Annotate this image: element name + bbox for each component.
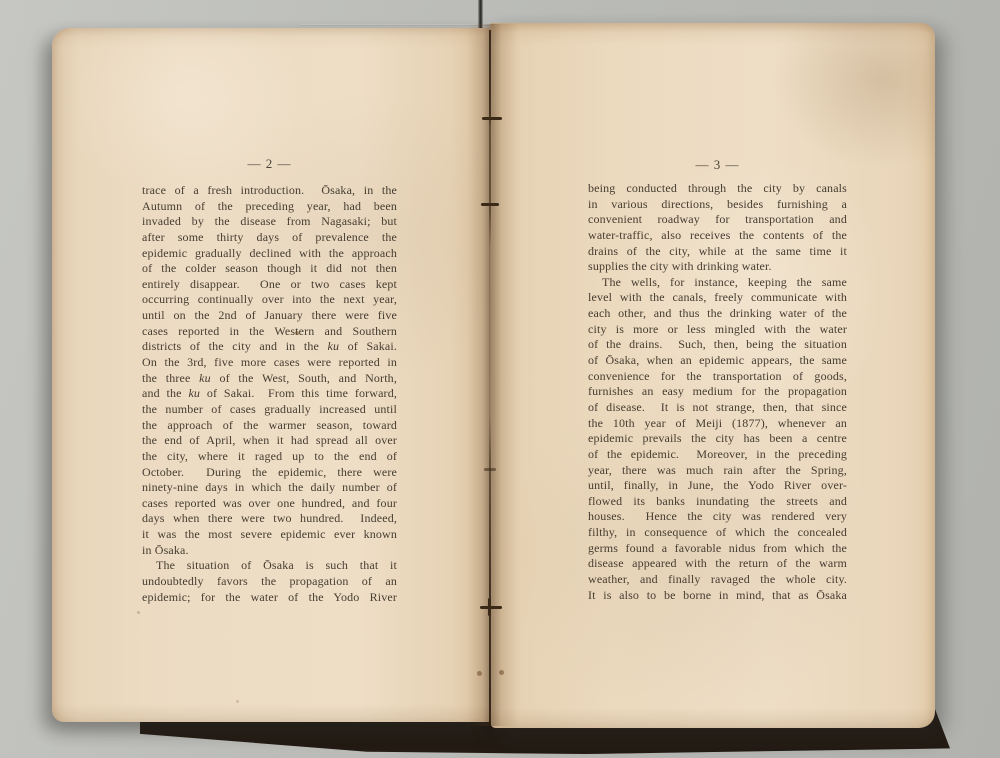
text-line: year, there was much rain after the Spri… xyxy=(588,463,847,479)
text-line: The situation of Ōsaka is such that it xyxy=(142,558,397,574)
page-number-left: — 2 — xyxy=(142,156,397,172)
text-line: city is more or less mingled with the wa… xyxy=(588,322,847,338)
page-text-right: being conducted through the city by cana… xyxy=(588,181,847,603)
text-line: convenient roadway for transportation an… xyxy=(588,212,847,228)
text-line: in Ōsaka. xyxy=(142,543,397,559)
page-text-left: trace of a fresh introduction. Ōsaka, in… xyxy=(142,183,397,605)
text-line: flowed its banks inundating the streets … xyxy=(588,494,847,510)
text-line: districts of the city and in the ku of S… xyxy=(142,339,397,355)
text-line: convenience for the transportation of go… xyxy=(588,369,847,385)
text-line: after some thirty days of prevalence the xyxy=(142,230,397,246)
text-line: It is also to be borne in mind, that as … xyxy=(588,588,847,604)
text-line: trace of a fresh introduction. Ōsaka, in… xyxy=(142,183,397,199)
text-line: Autumn of the preceding year, had been xyxy=(142,199,397,215)
text-line: it was the most severe epidemic ever kno… xyxy=(142,527,397,543)
text-line: supplies the city with drinking water. xyxy=(588,259,847,275)
text-line: October. During the epidemic, there were xyxy=(142,465,397,481)
text-line: entirely disappear. One or two cases kep… xyxy=(142,277,397,293)
text-line: cases reported in the Western and Southe… xyxy=(142,324,397,340)
text-line: the 10th year of Meiji (1877), whenever … xyxy=(588,416,847,432)
text-line: germs found a favorable nidus from which… xyxy=(588,541,847,557)
text-line: level with the canals, freely communicat… xyxy=(588,290,847,306)
text-line: disease appeared with the return of the … xyxy=(588,556,847,572)
text-line: occurring continually over into the next… xyxy=(142,292,397,308)
text-line: undoubtedly favors the propagation of an xyxy=(142,574,397,590)
text-line: the number of cases gradually increased … xyxy=(142,402,397,418)
text-line: of Ōsaka, when an epidemic appears, the … xyxy=(588,353,847,369)
text-line: the city, where it raged up to the end o… xyxy=(142,449,397,465)
text-line: being conducted through the city by cana… xyxy=(588,181,847,197)
text-line: of the epidemic. Moreover, in the preced… xyxy=(588,447,847,463)
text-line: invaded by the disease from Nagasaki; bu… xyxy=(142,214,397,230)
text-line: until on the 2nd of January there were f… xyxy=(142,308,397,324)
text-line: of the drains. Such, then, being the sit… xyxy=(588,337,847,353)
text-line: of disease. It is not strange, then, tha… xyxy=(588,400,847,416)
photo-scene: — 2 — trace of a fresh introduction. Ōsa… xyxy=(0,0,1000,758)
text-line: epidemic gradually declined with the app… xyxy=(142,246,397,262)
text-line: epidemic prevails the city has been a ce… xyxy=(588,431,847,447)
text-line: each other, and thus the drinking water … xyxy=(588,306,847,322)
text-line: the three ku of the West, South, and Nor… xyxy=(142,371,397,387)
text-line: The wells, for instance, keeping the sam… xyxy=(588,275,847,291)
text-line: epidemic; for the water of the Yodo Rive… xyxy=(142,590,397,606)
text-line: in various directions, besides furnishin… xyxy=(588,197,847,213)
book-page-left: — 2 — trace of a fresh introduction. Ōsa… xyxy=(52,28,490,722)
text-line: weather, and finally ravaged the whole c… xyxy=(588,572,847,588)
text-line: On the 3rd, five more cases were reporte… xyxy=(142,355,397,371)
text-line: water-traffic, also receives the content… xyxy=(588,228,847,244)
book-page-right: — 3 — being conducted through the city b… xyxy=(490,23,935,728)
text-line: houses. Hence the city was rendered very xyxy=(588,509,847,525)
text-line: the end of April, when it had spread all… xyxy=(142,433,397,449)
text-line: filthy, in consequence of which the conc… xyxy=(588,525,847,541)
text-line: the approach of the warmer season, towar… xyxy=(142,418,397,434)
text-line: and the ku of Sakai. From this time forw… xyxy=(142,386,397,402)
text-line: cases reported was over one hundred, and… xyxy=(142,496,397,512)
page-number-right: — 3 — xyxy=(588,157,847,173)
text-line: days when there were two hundred. Indeed… xyxy=(142,511,397,527)
text-line: of the colder season though it did not t… xyxy=(142,261,397,277)
text-line: drains of the city, while at the same ti… xyxy=(588,244,847,260)
text-line: ninety-nine days in which the daily numb… xyxy=(142,480,397,496)
text-line: furnishes an easy medium for the propaga… xyxy=(588,384,847,400)
text-line: until, finally, in June, the Yodo River … xyxy=(588,478,847,494)
